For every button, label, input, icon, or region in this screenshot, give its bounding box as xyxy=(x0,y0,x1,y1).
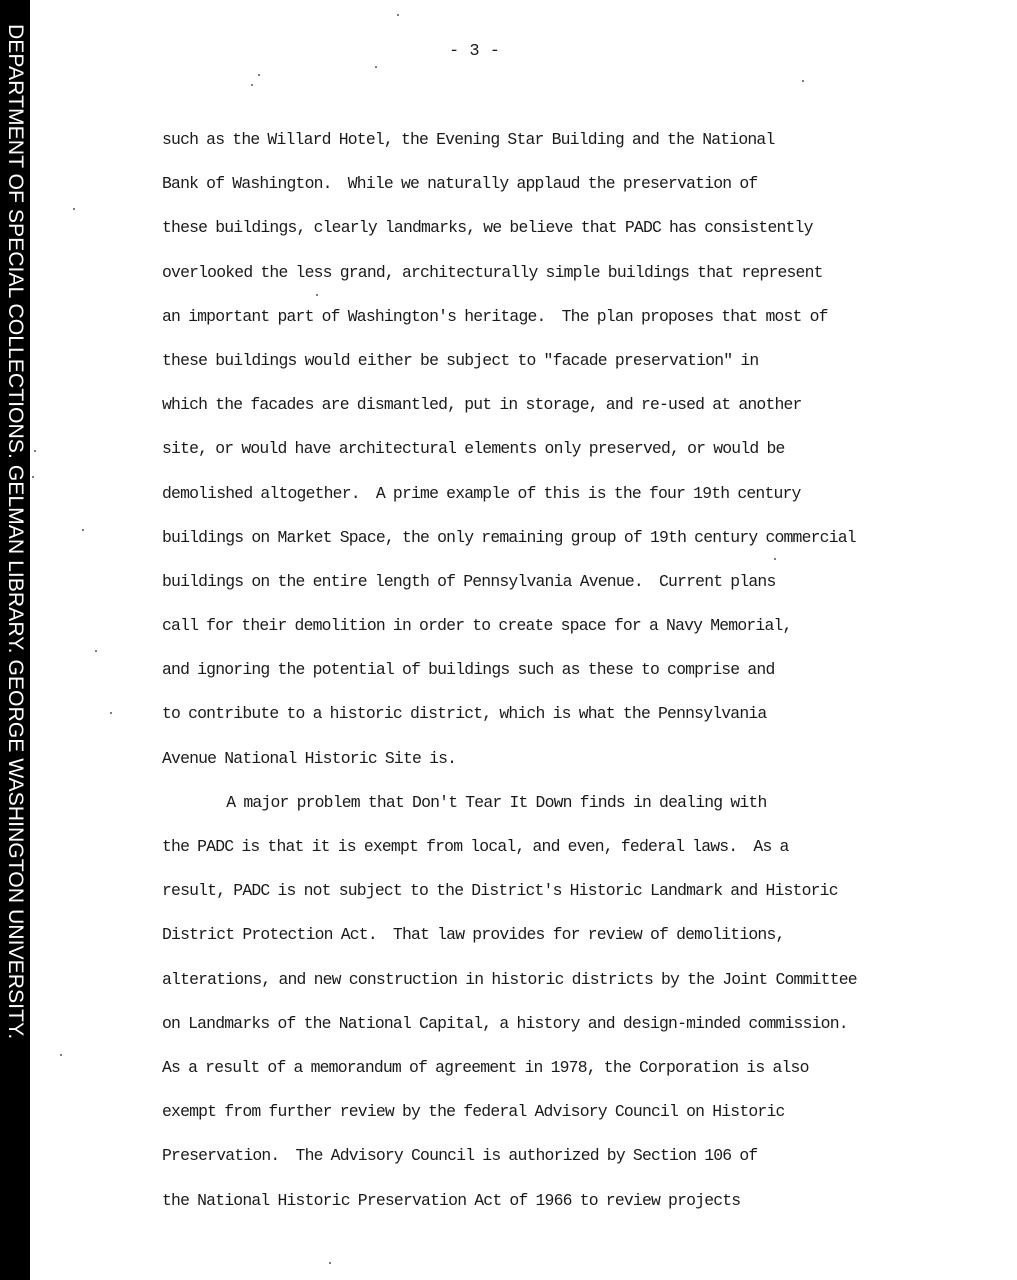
scan-speck xyxy=(375,66,377,68)
text-line: demolished altogether. A prime example o… xyxy=(162,482,962,526)
scan-speck xyxy=(397,14,399,16)
text-line: call for their demolition in order to cr… xyxy=(162,614,962,658)
text-line: to contribute to a historic district, wh… xyxy=(162,702,962,746)
text-line: Preservation. The Advisory Council is au… xyxy=(162,1144,962,1188)
text-line: result, PADC is not subject to the Distr… xyxy=(162,879,962,923)
scan-speck xyxy=(329,1262,331,1264)
text-line: buildings on the entire length of Pennsy… xyxy=(162,570,962,614)
scan-speck xyxy=(258,74,260,76)
text-line: As a result of a memorandum of agreement… xyxy=(162,1056,962,1100)
text-line: alterations, and new construction in his… xyxy=(162,968,962,1012)
scan-speck xyxy=(316,294,318,296)
text-line: an important part of Washington's herita… xyxy=(162,305,962,349)
scan-speck xyxy=(95,650,97,652)
text-line: these buildings, clearly landmarks, we b… xyxy=(162,216,962,260)
text-line: on Landmarks of the National Capital, a … xyxy=(162,1012,962,1056)
scan-speck xyxy=(802,80,804,82)
text-line: the PADC is that it is exempt from local… xyxy=(162,835,962,879)
text-line: which the facades are dismantled, put in… xyxy=(162,393,962,437)
archive-stamp: DEPARTMENT OF SPECIAL COLLECTIONS. GELMA… xyxy=(6,24,24,1039)
text-line: buildings on Market Space, the only rema… xyxy=(162,526,962,570)
text-line: District Protection Act. That law provid… xyxy=(162,923,962,967)
scan-speck xyxy=(32,476,34,478)
scan-speck xyxy=(110,712,112,714)
text-line: such as the Willard Hotel, the Evening S… xyxy=(162,128,962,172)
document-body: such as the Willard Hotel, the Evening S… xyxy=(162,128,962,1233)
page-number: - 3 - xyxy=(449,42,500,61)
scan-speck xyxy=(251,84,253,86)
scan-speck xyxy=(82,529,84,531)
text-line: these buildings would either be subject … xyxy=(162,349,962,393)
scan-speck xyxy=(774,558,776,560)
text-line: the National Historic Preservation Act o… xyxy=(162,1189,962,1233)
scan-speck xyxy=(60,1054,62,1056)
text-line: A major problem that Don't Tear It Down … xyxy=(162,791,962,835)
text-line: Avenue National Historic Site is. xyxy=(162,747,962,791)
archive-side-strip: DEPARTMENT OF SPECIAL COLLECTIONS. GELMA… xyxy=(0,0,30,1280)
text-line: site, or would have architectural elemen… xyxy=(162,437,962,481)
scan-speck xyxy=(34,450,36,452)
text-line: overlooked the less grand, architectural… xyxy=(162,261,962,305)
text-line: exempt from further review by the federa… xyxy=(162,1100,962,1144)
text-line: Bank of Washington. While we naturally a… xyxy=(162,172,962,216)
text-line: and ignoring the potential of buildings … xyxy=(162,658,962,702)
scan-speck xyxy=(73,208,75,210)
